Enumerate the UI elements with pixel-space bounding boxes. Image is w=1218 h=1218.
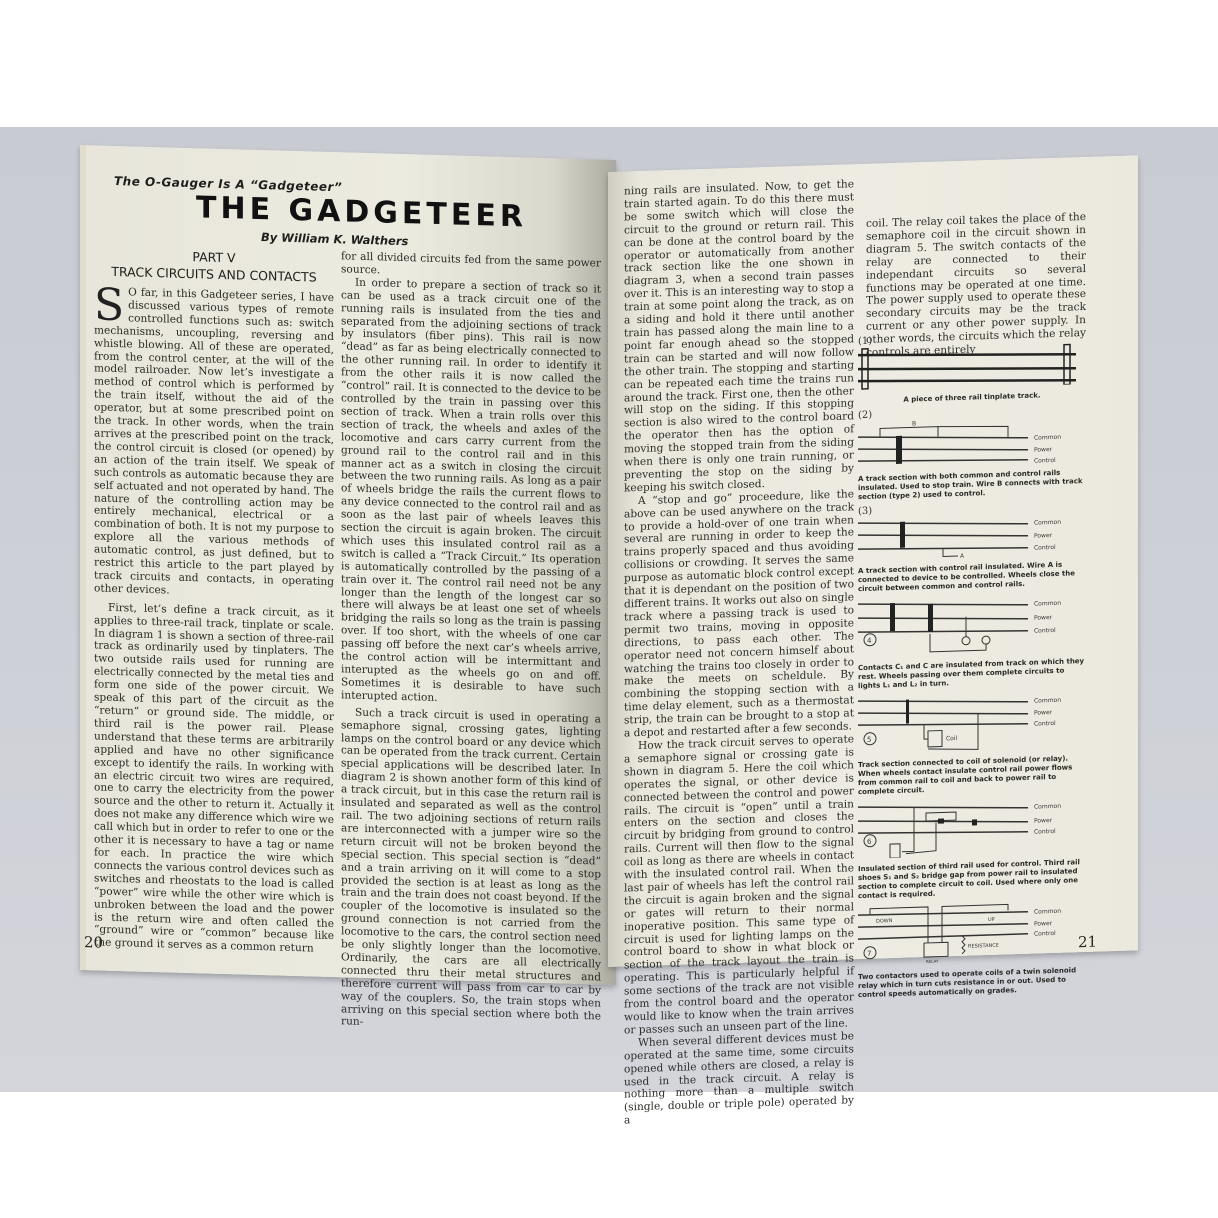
left-column-1: SO far, in this Gadgeteer series, I have… [94, 285, 334, 956]
svg-text:Control: Control [1034, 930, 1056, 938]
paragraph: In order to prepare a section of track s… [341, 276, 601, 709]
stop-section-drawing: B Common Power Control [858, 414, 1086, 469]
paragraph: First, let’s define a track circuit, as … [94, 601, 334, 956]
svg-text:A: A [960, 553, 965, 560]
article-title: THE GADGETEER [196, 190, 527, 234]
diagram-4: 4 Common Power Control Contacts C₁ and C… [858, 591, 1086, 691]
svg-text:Control: Control [1034, 544, 1056, 552]
svg-text:Coil: Coil [946, 735, 958, 742]
solenoid-coil-drawing: Coil 5 Common Power Control [858, 688, 1086, 755]
svg-text:Common: Common [1034, 519, 1061, 527]
three-rail-track-drawing [858, 340, 1078, 391]
paragraph: How the track circuit serves to operate … [624, 733, 854, 1037]
svg-text:Control: Control [1034, 828, 1056, 836]
svg-text:5: 5 [867, 736, 871, 744]
contacts-lights-drawing: 4 Common Power Control [858, 591, 1086, 658]
svg-text:Power: Power [1034, 446, 1053, 454]
svg-text:UP: UP [988, 917, 995, 923]
svg-text:4: 4 [867, 637, 872, 645]
diagram-2: (2) B Common Power Control A track secti… [858, 403, 1086, 502]
diagram-1: (1) A piece of three rail tinplate track… [858, 329, 1086, 406]
paragraph: ning rails are insulated. Now, to get th… [624, 178, 854, 495]
article-byline: By William K. Walthers [261, 230, 408, 248]
svg-text:B: B [912, 420, 916, 427]
svg-text:Common: Common [1034, 434, 1061, 442]
diagram-6: 6 Common Power Control Insulated section… [858, 794, 1086, 901]
svg-text:Power: Power [1034, 709, 1053, 717]
left-column-2: for all divided circuits fed from the sa… [341, 250, 601, 1036]
svg-text:Control: Control [1034, 457, 1056, 465]
drop-cap: S [94, 287, 124, 324]
svg-text:Common: Common [1034, 908, 1061, 916]
diagram-column: (1) A piece of three rail tinplate track… [858, 329, 1086, 1004]
svg-text:Common: Common [1034, 697, 1061, 705]
control-rail-drawing: A Common Power Control [858, 510, 1086, 561]
svg-text:Common: Common [1034, 803, 1061, 811]
svg-text:Control: Control [1034, 720, 1056, 728]
svg-text:Power: Power [1034, 532, 1053, 540]
page-number-right: 21 [1078, 933, 1097, 952]
svg-text:7: 7 [867, 950, 871, 958]
right-page: ning rails are insulated. Now, to get th… [608, 155, 1138, 967]
left-page: The O-Gauger Is A “Gadgeteer” THE GADGET… [80, 145, 616, 985]
paragraph: Such a track circuit is used in operatin… [341, 706, 601, 1036]
svg-text:Power: Power [1034, 817, 1053, 825]
svg-text:Power: Power [1034, 920, 1053, 928]
third-rail-control-drawing: 6 Common Power Control [858, 794, 1086, 859]
svg-text:6: 6 [867, 838, 872, 846]
paragraph: When several different devices must be o… [624, 1030, 854, 1128]
paragraph: SO far, in this Gadgeteer series, I have… [94, 285, 334, 601]
svg-text:DOWN: DOWN [876, 918, 893, 925]
diagram-5: Coil 5 Common Power Control Track sectio… [858, 688, 1086, 797]
diagram-3: (3) A Common Power Control A track secti… [858, 499, 1086, 594]
twin-solenoid-relay-drawing: DOWN UP RESISTANCE RELAY 7 Common Power … [858, 898, 1086, 967]
svg-text:Common: Common [1034, 600, 1061, 608]
right-column-1: ning rails are insulated. Now, to get th… [624, 178, 854, 1127]
page-number-left: 20 [84, 933, 103, 952]
svg-text:RESISTANCE: RESISTANCE [968, 943, 999, 950]
paragraph: A “stop and go” proceedure, like the abo… [624, 488, 854, 740]
diagram-7: DOWN UP RESISTANCE RELAY 7 Common Power … [858, 898, 1086, 1000]
svg-text:Power: Power [1034, 614, 1053, 622]
svg-text:Control: Control [1034, 627, 1056, 635]
svg-text:RELAY: RELAY [926, 959, 939, 964]
section-heading: PART V TRACK CIRCUITS AND CONTACTS [94, 245, 334, 286]
